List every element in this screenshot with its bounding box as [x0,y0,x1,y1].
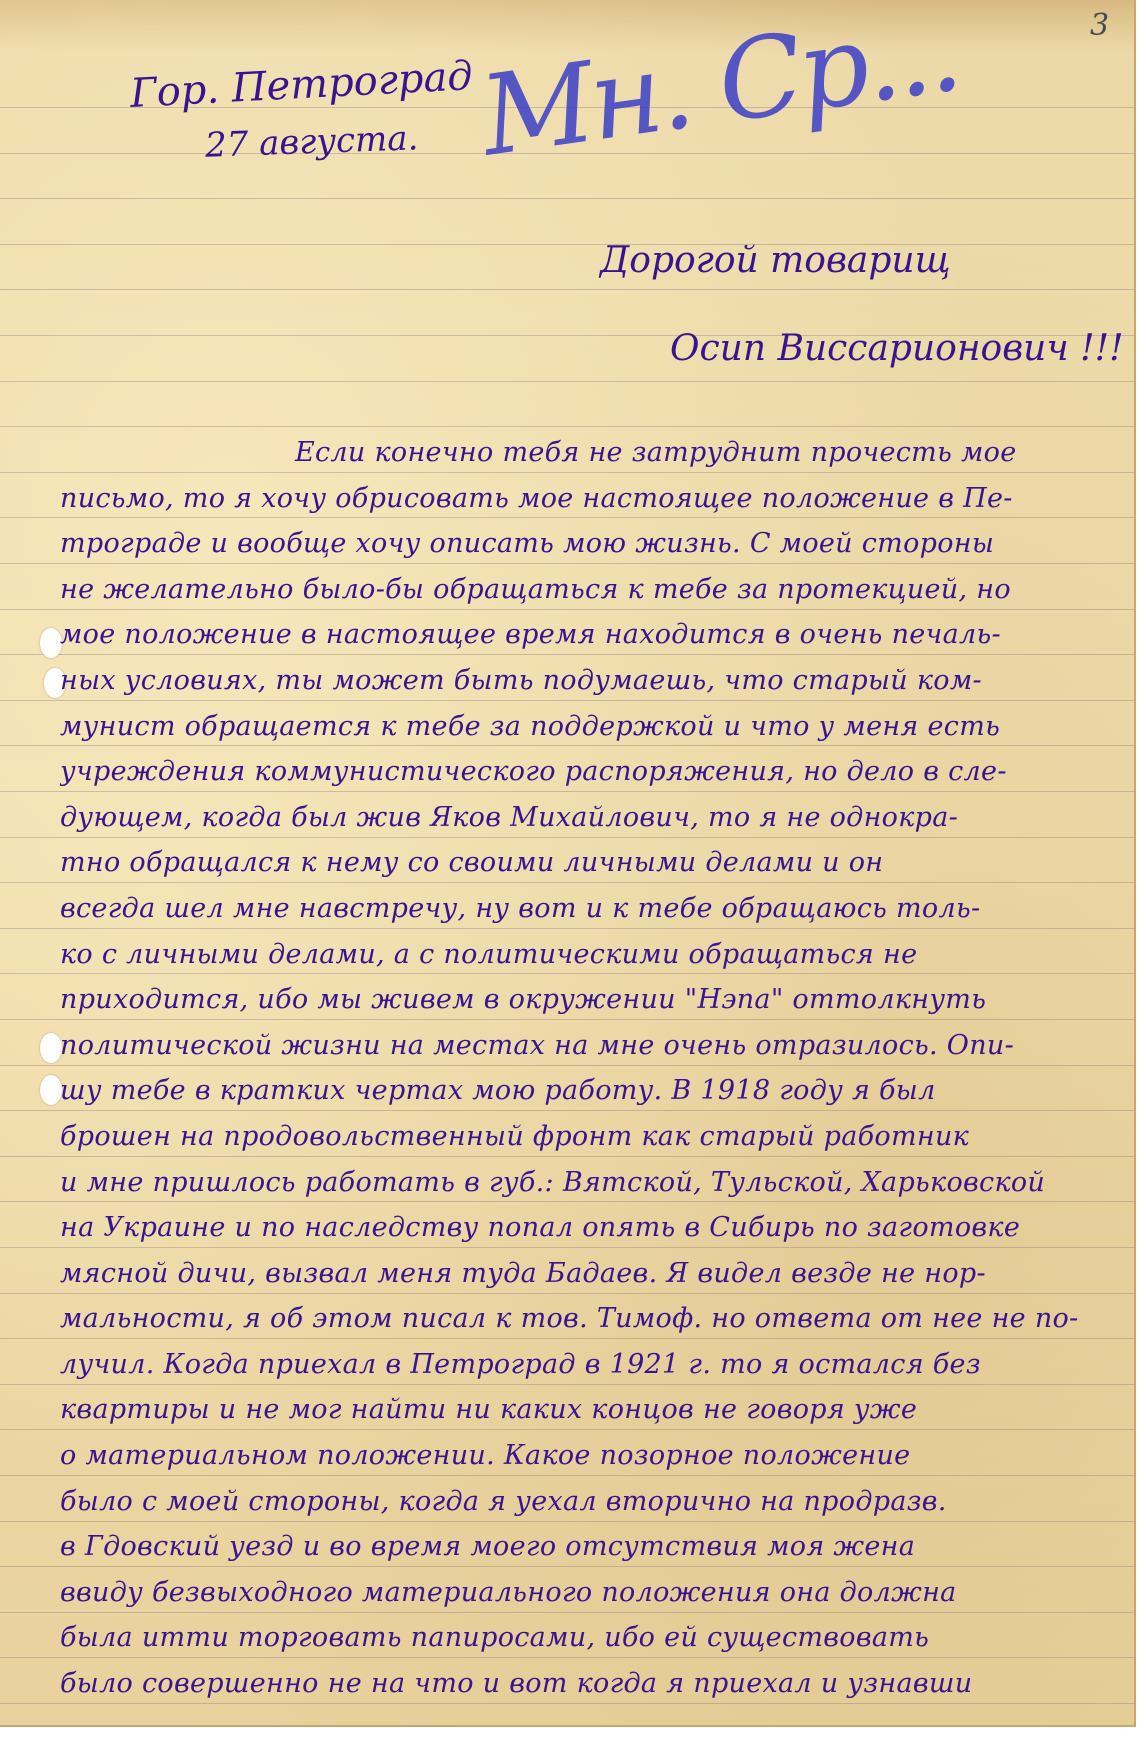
body-line: была итти торговать папиросами, ибо ей с… [60,1615,1120,1661]
body-line: тно обращался к нему со своими личными д… [60,840,1120,886]
ruled-line [0,198,1134,199]
punch-hole-top [40,628,62,658]
body-line: шу тебе в кратких чертах мою работу. В 1… [60,1068,1120,1114]
body-line: лучил. Когда приехал в Петроград в 1921 … [60,1342,1120,1388]
body-line: письмо, то я хочу обрисовать мое настоящ… [60,476,1120,522]
ruled-line [0,244,1134,245]
body-line: мунист обращается к тебе за поддержкой и… [60,704,1120,750]
body-line: политической жизни на местах на мне очен… [60,1023,1120,1069]
body-line: ко с личными делами, а с политическими о… [60,932,1120,978]
body-line: брошен на продовольственный фронт как ст… [60,1114,1120,1160]
punch-hole-middle [40,1033,62,1063]
body-line: не желательно было-бы обращаться к тебе … [60,567,1120,613]
body-line: в Гдовский уезд и во время моего отсутст… [60,1524,1120,1570]
body-line: ввиду безвыходного материального положен… [60,1570,1120,1616]
salutation-line-2: Осип Виссарионович !!! [670,328,1124,369]
body-line: дующем, когда был жив Яков Михайлович, т… [60,795,1120,841]
body-line: ных условиях, ты может быть подумаешь, ч… [60,658,1120,704]
body-line: мясной дичи, вызвал меня туда Бадаев. Я … [60,1251,1120,1297]
salutation-line-1: Дорогой товарищ [600,240,951,281]
body-line: о материальном положении. Какое позорное… [60,1433,1120,1479]
body-line: было с моей стороны, когда я уехал втори… [60,1479,1120,1525]
letter-page: 3 Мн. Ср... Гор. Петроград 27 августа. Д… [0,0,1136,1727]
body-line: учреждения коммунистического распоряжени… [60,749,1120,795]
body-line: мальности, я об этом писал к тов. Тимоф.… [60,1296,1120,1342]
ruled-line [0,381,1134,382]
page-number: 3 [1090,8,1109,43]
body-line: квартиры и не мог найти ни каких концов … [60,1387,1120,1433]
ruled-line [0,289,1134,290]
body-line: Если конечно тебя не затруднит прочесть … [60,430,1120,476]
body-line: мое положение в настоящее время находитс… [60,612,1120,658]
letter-body: Если конечно тебя не затруднит прочесть … [60,430,1120,1707]
punch-hole-lower [40,1075,62,1105]
body-line: и мне пришлось работать в губ.: Вятской,… [60,1160,1120,1206]
letter-date: 27 августа. [204,118,419,165]
body-line: приходится, ибо мы живем в окружении "Нэ… [60,977,1120,1023]
body-line: было совершенно не на что и вот когда я … [60,1661,1120,1707]
body-line: трограде и вообще хочу описать мою жизнь… [60,521,1120,567]
ruled-line [0,426,1134,427]
body-line: на Украине и по наследству попал опять в… [60,1205,1120,1251]
body-line: всегда шел мне навстречу, ну вот и к теб… [60,886,1120,932]
